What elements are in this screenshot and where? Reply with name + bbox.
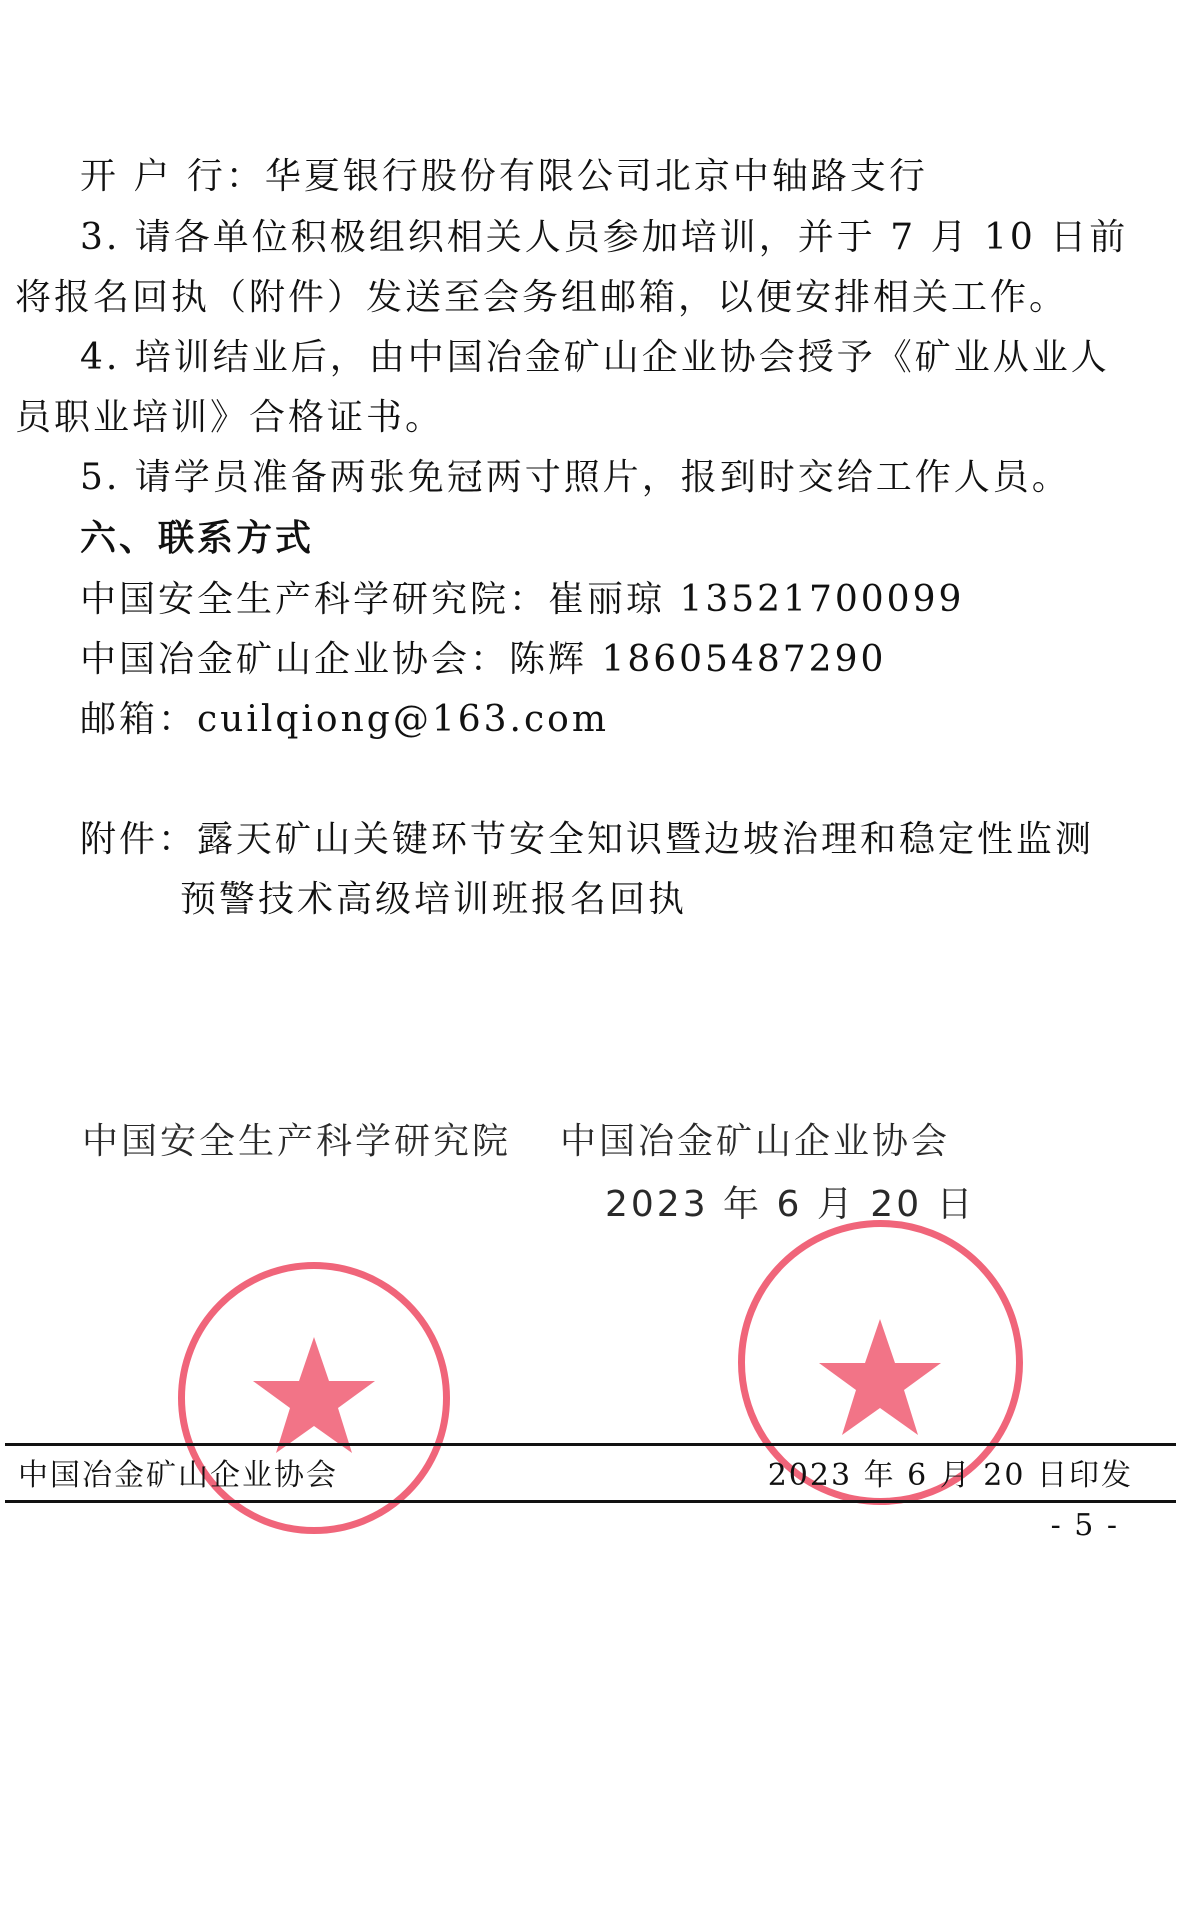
item3-line2: 将报名回执（附件）发送至会务组邮箱，以便安排相关工作。 — [15, 276, 1068, 320]
contact-line1: 中国安全生产科学研究院：崔丽琼 13521700099 — [80, 578, 964, 622]
footer-bottom-rule — [5, 1500, 1176, 1503]
signature-org-2: 中国冶金矿山企业协会 — [560, 1120, 950, 1164]
item5-line1: 5. 请学员准备两张免冠两寸照片，报到时交给工作人员。 — [80, 456, 1071, 500]
page-number: - 5 - — [1051, 1506, 1119, 1546]
item3-line1: 3. 请各单位积极组织相关人员参加培训，并于 7 月 10 日前 — [80, 216, 1128, 260]
signature-date: 2023 年 6 月 20 日 — [605, 1183, 976, 1227]
bank-line: 开 户 行：华夏银行股份有限公司北京中轴路支行 — [80, 155, 928, 199]
contact-line2: 中国冶金矿山企业协会：陈辉 18605487290 — [80, 638, 886, 682]
contact-email: 邮箱：cuilqiong@163.com — [80, 698, 609, 742]
item4-line2: 员职业培训》合格证书。 — [15, 396, 444, 440]
contact-heading: 六、联系方式 — [80, 517, 314, 561]
attachment-line1: 附件：露天矿山关键环节安全知识暨边坡治理和稳定性监测 — [80, 818, 1094, 862]
item4-line1: 4. 培训结业后，由中国冶金矿山企业协会授予《矿业从业人 — [80, 336, 1110, 380]
footer-top-rule — [5, 1443, 1176, 1446]
footer-issue-date: 2023 年 6 月 20 日印发 — [768, 1456, 1133, 1496]
signature-org-1: 中国安全生产科学研究院 — [82, 1120, 511, 1164]
attachment-line2: 预警技术高级培训班报名回执 — [180, 878, 687, 922]
footer-issuer: 中国冶金矿山企业协会 — [18, 1456, 338, 1496]
